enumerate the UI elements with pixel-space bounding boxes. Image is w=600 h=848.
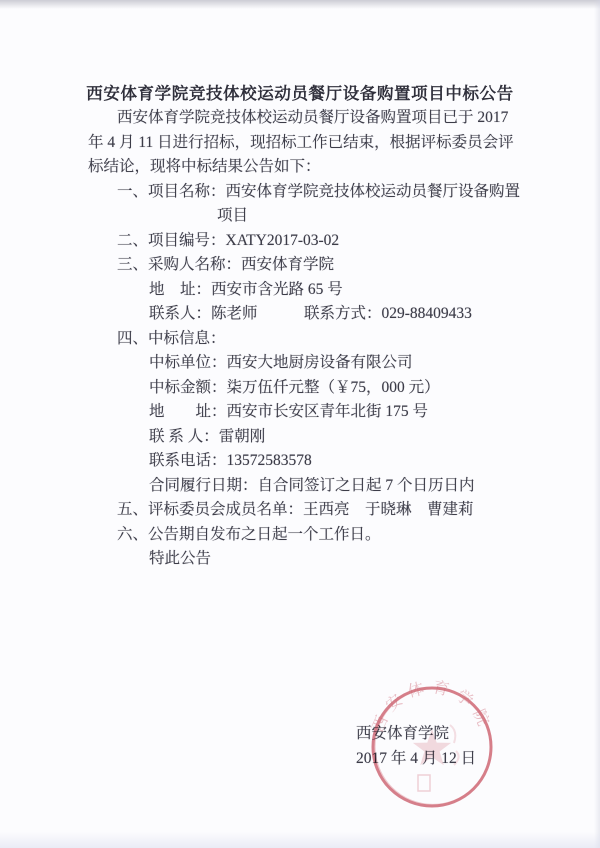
signature-organization: 西安体育学院 [356, 721, 476, 746]
item-3-purchaser-name: 三、采购人名称：西安体育学院 [0, 253, 600, 278]
bidder-address: 地 址：西安市长安区青年北街 175 号 [0, 400, 600, 425]
item-6-notice-period: 六、公告期自发布之日起一个工作日。 [0, 523, 600, 548]
scanned-document-page: { "page": { "paper_color": "#fcfcfe", "i… [0, 0, 600, 848]
intro-line-2: 年 4 月 11 日进行招标，现招标工作已结束，根据评标委员会评 [0, 131, 600, 156]
item-4-award-info: 四、中标信息： [0, 327, 600, 352]
item-2-project-number: 二、项目编号：XATY2017-03-02 [0, 229, 600, 254]
bidder-contact-person: 联 系 人：雷朝刚 [0, 425, 600, 450]
item-1-continuation: 项目 [0, 204, 600, 229]
winning-bidder: 中标单位：西安大地厨房设备有限公司 [0, 351, 600, 376]
contract-period: 合同履行日期：自合同签订之日起 7 个日历日内 [0, 474, 600, 499]
purchaser-contact: 联系人：陈老师 联系方式：029-88409433 [0, 302, 600, 327]
document-title: 西安体育学院竞技体校运动员餐厅设备购置项目中标公告 [0, 80, 600, 104]
item-1-project-name: 一、项目名称：西安体育学院竞技体校运动员餐厅设备购置 [0, 180, 600, 205]
seal-smudge-box [418, 775, 430, 791]
signature-date: 2017 年 4 月 12 日 [356, 746, 476, 771]
closing-phrase: 特此公告 [0, 547, 600, 572]
bidder-phone: 联系电话：13572583578 [0, 449, 600, 474]
scan-edge-bottom [0, 832, 600, 848]
item-5-committee-members: 五、评标委员会成员名单：王西亮 于晓琳 曹建莉 [0, 498, 600, 523]
winning-amount: 中标金额：柒万伍仟元整（￥75，000 元） [0, 376, 600, 401]
purchaser-address: 地 址：西安市含光路 65 号 [0, 278, 600, 303]
scan-edge-top [0, 0, 600, 9]
signature-block: 西安体育学院 2017 年 4 月 12 日 [356, 721, 476, 771]
intro-line-3: 标结论，现将中标结果公告如下： [0, 155, 600, 180]
intro-line-1: 西安体育学院竞技体校运动员餐厅设备购置项目已于 2017 [0, 106, 600, 131]
document-body: 西安体育学院竞技体校运动员餐厅设备购置项目已于 2017 年 4 月 11 日进… [0, 106, 600, 572]
